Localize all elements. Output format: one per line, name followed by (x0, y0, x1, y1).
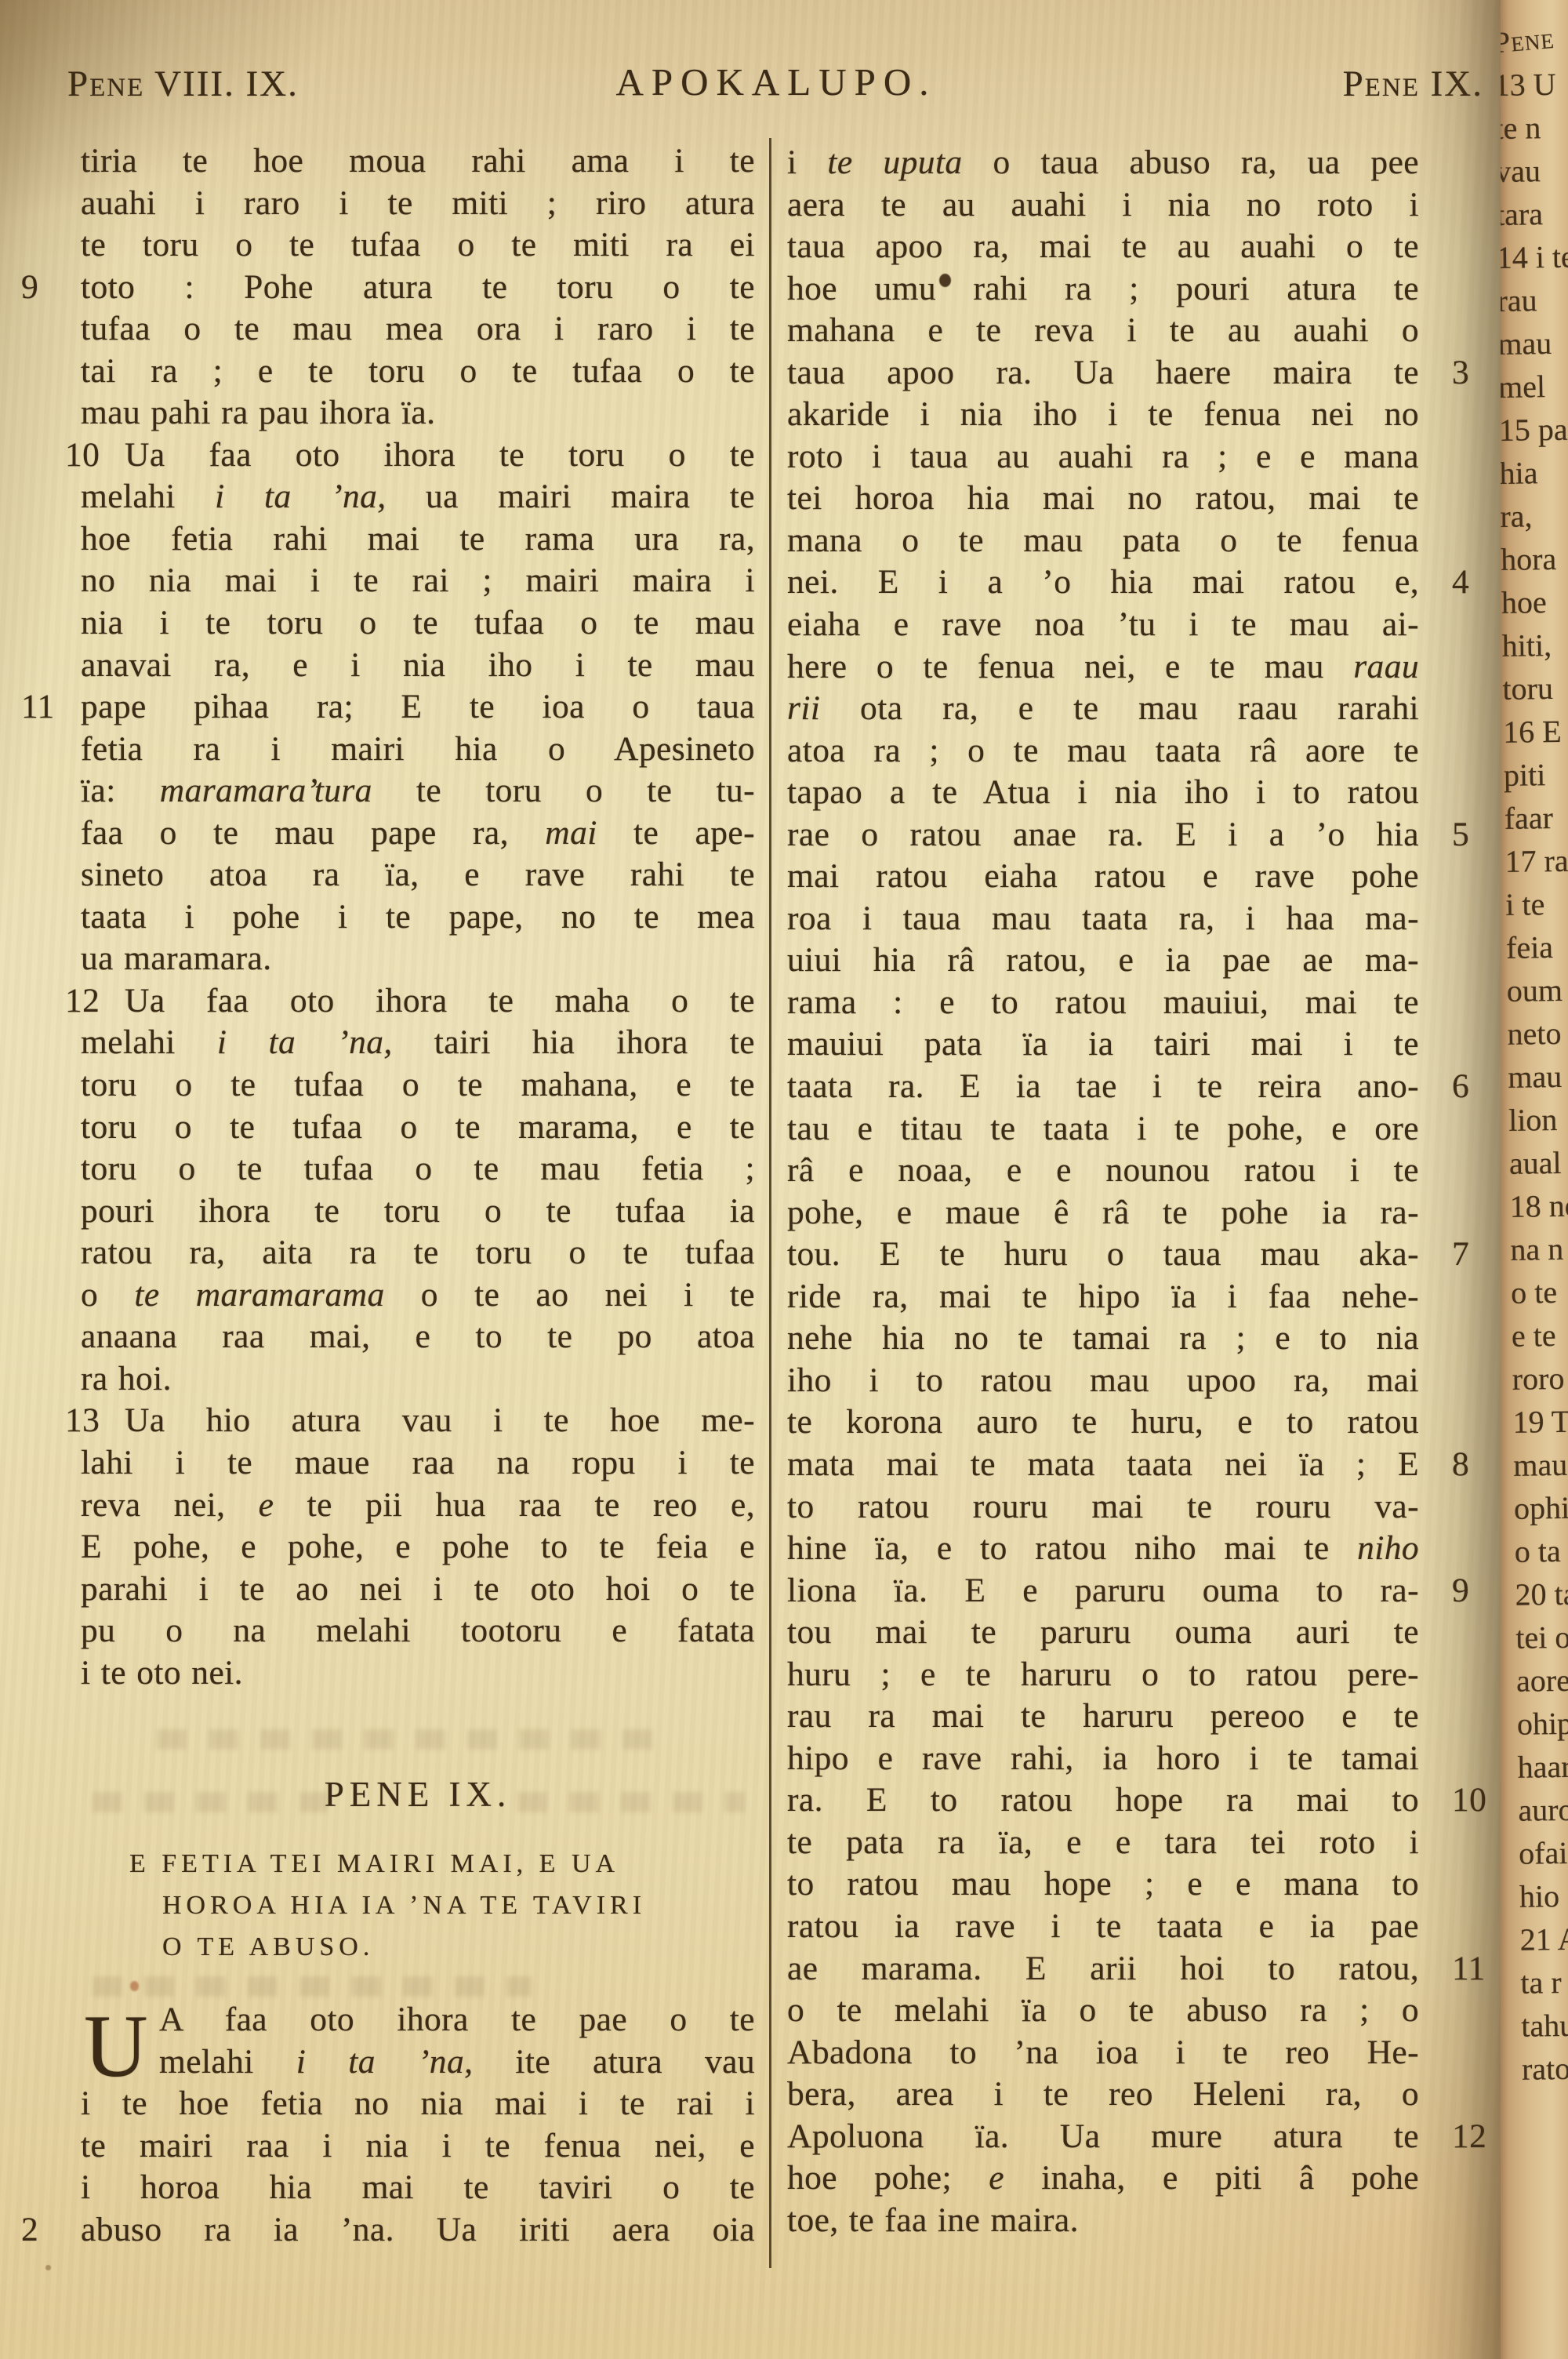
text-line: auahi i raro i te miti ; riro atura (81, 183, 755, 225)
next-page-running-head-fragment: Pene (1501, 18, 1568, 60)
text-line: ratou ia rave i te taata e ia pae (787, 1906, 1419, 1948)
text-line: 11ae marama. E arii hoi to ratou, (787, 1948, 1419, 1990)
next-page-fragment: 17 rahi (1504, 838, 1568, 883)
text-line: parahi i te ao nei i te oto hoi o te (81, 1568, 755, 1611)
next-page-fragment: auro (1518, 1787, 1568, 1832)
verse-number: 10 (21, 434, 76, 477)
text-line: 4nei. E i a ’o hia mai ratou e, (787, 562, 1419, 604)
next-page-fragment: e te (1512, 1313, 1568, 1358)
text-line: Abadona to ’na ioa i te reo He- (787, 2032, 1419, 2074)
text-line: 8mata mai te mata taata nei ïa ; E (787, 1444, 1419, 1486)
next-page-fragment: i te (1505, 881, 1568, 926)
text-line: 5rae o ratou anae ra. E i a ’o hia (787, 814, 1419, 856)
text-line: ride ra, mai te hipo ïa i faa nehe- (787, 1276, 1419, 1318)
verse-number: 9 (21, 267, 76, 309)
column-divider-rule (769, 138, 771, 2268)
next-page-text-fragments: Pene 13 Ute nvautara14 i teraumaumel15 p… (1501, 21, 1568, 2090)
text-line: pouri ihora te toru o te tufaa ia (81, 1190, 755, 1233)
text-line: 10Ua faa oto ihora te toru o te (81, 434, 755, 477)
next-page-fragment: hora (1501, 536, 1568, 581)
next-page-fragment: mau (1508, 1054, 1568, 1099)
next-page-fragment-lines: 13 Ute nvautara14 i teraumaumel15 papehi… (1501, 62, 1568, 2091)
paper-speck (45, 2265, 51, 2270)
next-page-fragment: mel (1501, 364, 1568, 409)
next-page-fragment: mau (1501, 321, 1568, 365)
verse-number: 2 (21, 2209, 76, 2252)
text-line: 12Ua faa oto ihora te maha o te (81, 980, 755, 1023)
text-line: i te uputa o taua abuso ra, ua pee (787, 142, 1419, 184)
next-page-fragment: neto (1507, 1011, 1568, 1056)
text-line: 12Apoluona ïa. Ua mure atura te (787, 2116, 1419, 2158)
text-line: bera, area i te reo Heleni ra, o (787, 2074, 1419, 2116)
text-line: tau e titau te taata i te pohe, e ore (787, 1108, 1419, 1150)
next-page-fragment: roro (1512, 1356, 1568, 1401)
text-line: no nia mai i te rai ; mairi maira i (81, 560, 755, 602)
text-line: reva nei, e te pii hua raa te reo e, (81, 1485, 755, 1527)
text-line: tai ra ; e te toru o te tufaa o te (81, 351, 755, 393)
text-line: te mairi raa i nia i te fenua nei, e (81, 2125, 755, 2168)
text-line: i te oto nei. (81, 1652, 755, 1695)
show-through-smudge (93, 1792, 328, 1812)
book-page: Pene VIII. IX. APOKALUPO. Pene IX. tiria… (0, 0, 1568, 2359)
text-line: râ e noaa, e e nounou ratou i te (787, 1150, 1419, 1192)
next-page-fragment: haar (1517, 1744, 1568, 1789)
next-page-fragment: te n (1501, 105, 1568, 150)
text-line: mauiui pata ïa ia tairi mai i te (787, 1023, 1419, 1066)
chapter-summary-line: O TE ABUSO. (162, 1926, 702, 1968)
running-head-title: APOKALUPO. (533, 60, 1019, 104)
text-line: 6taata ra. E ia tae i te reira ano- (787, 1066, 1419, 1108)
next-page-fragment: ophi (1514, 1485, 1568, 1530)
show-through-smudge (517, 1792, 745, 1812)
running-head-left: Pene VIII. IX. (67, 63, 299, 105)
right-column: i te uputa o taua abuso ra, ua peeaera t… (787, 142, 1419, 2241)
text-line: 11pape pihaa ra; E te ioa o taua (81, 686, 755, 729)
text-line: 13Ua hio atura vau i te hoe me- (81, 1400, 755, 1442)
text-line: ua maramara. (81, 938, 755, 980)
next-page-fragment: rau (1501, 278, 1568, 322)
next-page-fragment: hio (1519, 1874, 1568, 1918)
text-line: E pohe, e pohe, e pohe to te feia e (81, 1526, 755, 1568)
text-line: roto i taua au auahi ra ; e e mana (787, 436, 1419, 478)
next-page-fragment: oum (1506, 968, 1568, 1012)
text-line: ra hoi. (81, 1358, 755, 1401)
text-line: 9toto : Pohe atura te toru o te (81, 267, 755, 309)
text-line: rau ra mai te haruru pereoo e te (787, 1696, 1419, 1738)
text-line: iho i to ratou mau upoo ra, mai (787, 1360, 1419, 1402)
next-page-fragment: 21 Aor (1519, 1917, 1568, 1961)
text-line: 9liona ïa. E e paruru ouma to ra- (787, 1570, 1419, 1612)
text-line: hoe pohe; e inaha, e piti â pohe (787, 2157, 1419, 2200)
text-line: uiui hia râ ratou, e ia pae ae ma- (787, 940, 1419, 982)
text-line: o te maramarama o te ao nei i te (81, 1274, 755, 1317)
next-page-fragment: lion (1508, 1097, 1568, 1142)
text-line: eiaha e rave noa ’tu i te mau ai- (787, 604, 1419, 646)
next-page-fragment: tei o (1515, 1615, 1568, 1659)
text-line: mau pahi ra pau ihora ïa. (81, 392, 755, 434)
next-page-fragment: hia (1501, 450, 1568, 495)
text-line: 10ra. E to ratou hope ra mai to (787, 1779, 1419, 1822)
chapter-summary-line: E FETIA TEI MAIRI MAI, E UA (129, 1843, 702, 1885)
verse-number: 13 (21, 1400, 76, 1442)
text-line: toru o te tufaa o te marama, e te (81, 1107, 755, 1149)
text-line: hine ïa, e to ratou niho mai te niho (787, 1528, 1419, 1570)
page-gutter-shadow (1408, 0, 1501, 2359)
next-page-fragment: 20 taat (1515, 1572, 1568, 1616)
text-line: taua apoo ra, mai te au auahi o te (787, 226, 1419, 268)
text-line: anaana raa mai, e to te po atoa (81, 1316, 755, 1358)
text-line: i te hoe fetia no nia mai i te rai i (81, 2083, 755, 2125)
next-page-fragment: o te (1511, 1270, 1568, 1314)
text-line: here o te fenua nei, e te mau raau (787, 646, 1419, 689)
verse-number: 12 (21, 980, 76, 1023)
text-line: ïa: maramara’tura te toru o te tu- (81, 770, 755, 812)
text-line: anavai ra, e i nia iho i te mau (81, 645, 755, 687)
text-line: tapao a te Atua i nia iho i to ratou (787, 772, 1419, 814)
text-line: akaride i nia iho i te fenua nei no (787, 394, 1419, 436)
text-line: te korona auro te huru, e to ratou (787, 1401, 1419, 1444)
text-line: mai ratou eiaha ratou e rave pohe (787, 856, 1419, 898)
text-line: melahi i ta ’na, tairi hia ihora te (81, 1022, 755, 1064)
next-page-fragment: 19 Tei (1512, 1399, 1568, 1444)
text-line: pu o na melahi tootoru e fatata (81, 1610, 755, 1652)
text-line: te toru o te tufaa o te miti ra ei (81, 224, 755, 267)
next-page-fragment: ta r (1520, 1960, 1568, 2005)
text-line: rii ota ra, e te mau raau rarahi (787, 688, 1419, 730)
show-through-smudge (157, 1729, 659, 1750)
text-line: melahi i ta ’na, ite atura vau (81, 2041, 755, 2084)
text-line: huru ; e te haruru o to ratou pere- (787, 1654, 1419, 1696)
next-page-fragment: tahu (1521, 2003, 1568, 2048)
next-page-fragment: hoe (1501, 580, 1568, 624)
next-page-fragment: ra, (1501, 493, 1568, 538)
text-line: 2abuso ra ia ’na. Ua iriti aera oia (81, 2209, 755, 2252)
text-line: to ratou rouru mai te rouru va- (787, 1486, 1419, 1528)
left-column: tiria te hoe moua rahi ama i teauahi i r… (81, 140, 755, 1694)
next-page-fragment: hiti, (1501, 623, 1568, 667)
next-page-fragment: tara (1501, 191, 1568, 236)
text-line: fetia ra i mairi hia o Apesineto (81, 729, 755, 771)
text-line: i horoa hia mai te taviri o te (81, 2167, 755, 2209)
text-line: ratou ra, aita ra te toru o te tufaa (81, 1232, 755, 1274)
text-line: hoe umu rahi ra ; pouri atura te (787, 268, 1419, 311)
text-line: te pata ra ïa, e e tara tei roto i (787, 1822, 1419, 1864)
text-line: A faa oto ihora te pae o te (81, 1999, 755, 2041)
next-page-fragment: ohip (1517, 1701, 1568, 1746)
text-line: toru o te tufaa o te mahana, e te (81, 1064, 755, 1107)
text-line: 3taua apoo ra. Ua haere maira te (787, 352, 1419, 394)
text-line: nia i te toru o te tufaa o te mau (81, 602, 755, 645)
next-page-fragment: 14 i te (1501, 234, 1568, 279)
text-line: faa o te mau pape ra, mai te ape- (81, 812, 755, 855)
text-line: toe, te faa ine maira. (787, 2200, 1419, 2242)
text-line: tou mai te paruru ouma auri te (787, 1612, 1419, 1654)
text-line: hipo e rave rahi, ia horo i te tamai (787, 1738, 1419, 1780)
text-line: to ratou mau hope ; e e mana to (787, 1863, 1419, 1906)
verse-number: 11 (21, 686, 76, 729)
text-line: atoa ra ; o te mau taata râ aore te (787, 730, 1419, 772)
next-page-fragment: mau (1513, 1442, 1568, 1487)
next-page-fragment: faar (1504, 795, 1568, 840)
next-page-fragment: o ta (1514, 1528, 1568, 1573)
next-page-fragment: rato (1522, 2046, 1568, 2091)
text-line: pohe, e maue ê râ te pohe ia ra- (787, 1192, 1419, 1234)
text-line: mahana e te reva i te au auahi o (787, 310, 1419, 352)
verse-1-lines: A faa oto ihora te pae o temelahi i ta ’… (81, 1999, 755, 2251)
chapter-summary-line: HOROA HIA IA ’NA TE TAVIRI (162, 1885, 702, 1926)
text-line: melahi i ta ’na, ua mairi maira te (81, 476, 755, 518)
next-page-fragment: piti (1504, 752, 1568, 797)
next-page-fragment: na n (1510, 1227, 1568, 1271)
next-page-fragment: vau (1501, 148, 1568, 193)
next-page-fragment: feia (1506, 925, 1568, 969)
text-line: lahi i te maue raa na ropu i te (81, 1442, 755, 1485)
text-line: aera te au auahi i nia no roto i (787, 184, 1419, 227)
show-through-smudge (93, 1976, 532, 1997)
text-line: toru o te tufaa o te mau fetia ; (81, 1148, 755, 1190)
text-line: rama : e to ratou mauiui, mai te (787, 982, 1419, 1024)
text-line: roa i taua mau taata ra, i haa ma- (787, 898, 1419, 940)
next-page-fragment: toru (1502, 666, 1568, 711)
text-line: sineto atoa ra ïa, e rave rahi te (81, 854, 755, 896)
text-line: hoe fetia rahi mai te rama ura ra, (81, 518, 755, 561)
text-line: mana o te mau pata o te fenua (787, 520, 1419, 562)
chapter-summary: E FETIA TEI MAIRI MAI, E UAHOROA HIA IA … (129, 1843, 702, 1968)
ink-blot (939, 274, 951, 287)
next-page-fragment: 15 pape (1501, 407, 1568, 452)
next-page-fragment: ofai, (1519, 1830, 1568, 1875)
next-page-fragment: 18 no r (1509, 1183, 1568, 1228)
text-line: nehe hia no te tamai ra ; e to nia (787, 1318, 1419, 1360)
next-page-fragment: 16 E te (1503, 709, 1568, 754)
text-line: tiria te hoe moua rahi ama i te (81, 140, 755, 183)
text-line: tei horoa hia mai no ratou, mai te (787, 478, 1419, 520)
text-line: taata i pohe i te pape, no te mea (81, 896, 755, 939)
text-line: tufaa o te mau mea ora i raro i te (81, 308, 755, 351)
next-page-fragment: aual (1509, 1140, 1568, 1185)
next-page-fragment: aore (1516, 1658, 1568, 1703)
text-line: o te melahi ïa o te abuso ra ; o (787, 1990, 1419, 2032)
next-page-fragment: 13 U (1501, 62, 1568, 107)
text-line: 7tou. E te huru o taua mau aka- (787, 1234, 1419, 1276)
verse-1-block: U A faa oto ihora te pae o temelahi i ta… (81, 1999, 755, 2251)
next-page-edge: Pene 13 Ute nvautara14 i teraumaumel15 p… (1501, 0, 1568, 2359)
